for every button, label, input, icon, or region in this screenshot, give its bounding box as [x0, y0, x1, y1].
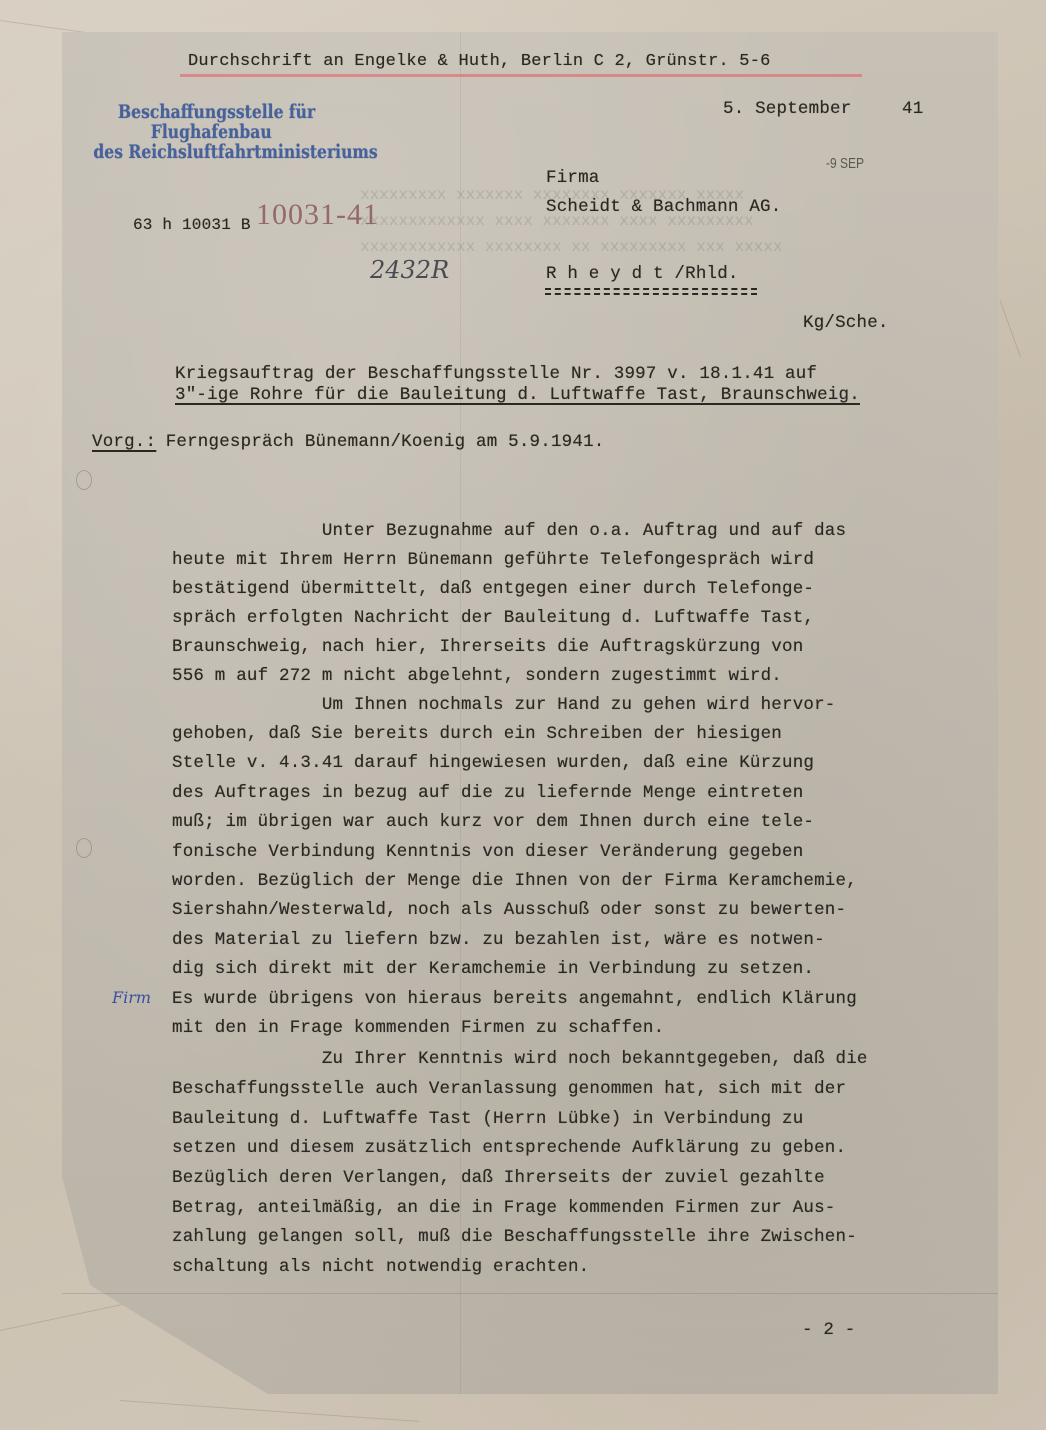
body-line: worden. Bezüglich der Menge die Ihnen vo…	[172, 873, 857, 891]
body-line: fonische Verbindung Kenntnis von dieser …	[172, 844, 803, 862]
prior-text: Ferngespräch Bünemann/Koenig am 5.9.1941…	[155, 434, 604, 452]
sender-stamp-line-2: Flughafenbau	[151, 123, 378, 143]
page-continuation-marker: - 2 -	[802, 1322, 856, 1340]
body-line: Bezüglich deren Verlangen, daß Ihrerseit…	[172, 1170, 825, 1188]
punch-hole	[76, 838, 92, 858]
body-line: Betrag, anteilmäßig, an die in Frage kom…	[172, 1200, 836, 1218]
file-number-stamp: 10031-41	[256, 198, 379, 232]
body-line: Es wurde übrigens von hieraus bereits an…	[172, 991, 857, 1009]
margin-correction: Firm	[112, 988, 151, 1007]
subject-line-1: Kriegsauftrag der Beschaffungsstelle Nr.…	[175, 366, 817, 384]
letter-date-year: 41	[902, 101, 923, 119]
body-line: heute mit Ihrem Herrn Bünemann geführte …	[172, 552, 814, 570]
recipient-firma: Firma	[546, 170, 600, 188]
body-line: zahlung gelangen soll, muß die Beschaffu…	[172, 1229, 857, 1247]
body-line: Unter Bezugnahme auf den o.a. Auftrag un…	[172, 523, 846, 541]
marble-vein	[120, 1400, 419, 1422]
body-line: Beschaffungsstelle auch Veranlassung gen…	[172, 1081, 846, 1099]
handwritten-reference: 2432R	[370, 256, 449, 284]
body-line: 556 m auf 272 m nicht abgelehnt, sondern…	[172, 668, 782, 686]
body-line: mit den in Frage kommenden Firmen zu sch…	[172, 1020, 664, 1038]
sender-stamp-line-3: des Reichsluftfahrtministeriums	[93, 143, 377, 163]
bleed-through-text: xxxxx xxx xxxxxxxxx xx xxxxxxxx xxxxxxxx…	[360, 238, 782, 256]
letter-date-day-month: 5. September	[723, 101, 851, 119]
typist-initials: Kg/Sche.	[803, 315, 889, 333]
body-line: des Auftrages in bezug auf die zu liefer…	[172, 785, 803, 803]
body-line: Siershahn/Westerwald, noch als Ausschuß …	[172, 902, 846, 920]
body-line: spräch erfolgten Nachricht der Bauleitun…	[172, 610, 814, 628]
city-double-underline	[545, 288, 757, 295]
recipient-company: Scheidt & Bachmann AG.	[546, 199, 781, 217]
recipient-city: R h e y d t /Rhld.	[546, 266, 739, 284]
body-line: schaltung als nicht notwendig erachten.	[172, 1259, 589, 1277]
body-line: Bauleitung d. Luftwaffe Tast (Herrn Lübk…	[172, 1111, 803, 1129]
carbon-copy-line: Durchschrift an Engelke & Huth, Berlin C…	[188, 53, 771, 70]
body-line: gehoben, daß Sie bereits durch ein Schre…	[172, 726, 782, 744]
prior-label: Vorg.:	[92, 434, 156, 452]
cc-red-underline	[180, 74, 862, 77]
fold-crease	[62, 1293, 998, 1294]
body-line: Braunschweig, nach hier, Ihrerseits die …	[172, 639, 803, 657]
body-line: setzen und diesem zusätzlich entsprechen…	[172, 1140, 846, 1158]
subject-line-2: 3"-ige Rohre für die Bauleitung d. Luftw…	[175, 387, 860, 405]
body-line: muß; im übrigen war auch kurz vor dem Ih…	[172, 814, 814, 832]
received-date-stamp: -9 SEP	[826, 155, 864, 172]
body-line: des Material zu liefern bzw. zu bezahlen…	[172, 932, 825, 950]
marble-vein	[1000, 300, 1021, 357]
body-line: dig sich direkt mit der Keramchemie in V…	[172, 961, 814, 979]
body-line: Zu Ihrer Kenntnis wird noch bekanntgegeb…	[172, 1051, 868, 1069]
body-line: Um Ihnen nochmals zur Hand zu gehen wird…	[172, 697, 836, 715]
sender-stamp-line-1: Beschaffungsstelle für	[118, 103, 378, 123]
body-line: Stelle v. 4.3.41 darauf hingewiesen wurd…	[172, 755, 814, 773]
reference-typed: 63 h 10031 B	[133, 217, 251, 233]
punch-hole	[76, 470, 92, 490]
sender-stamp: Beschaffungsstelle für Flughafenbau des …	[118, 103, 378, 163]
body-line: bestätigend übermittelt, daß entgegen ei…	[172, 581, 814, 599]
